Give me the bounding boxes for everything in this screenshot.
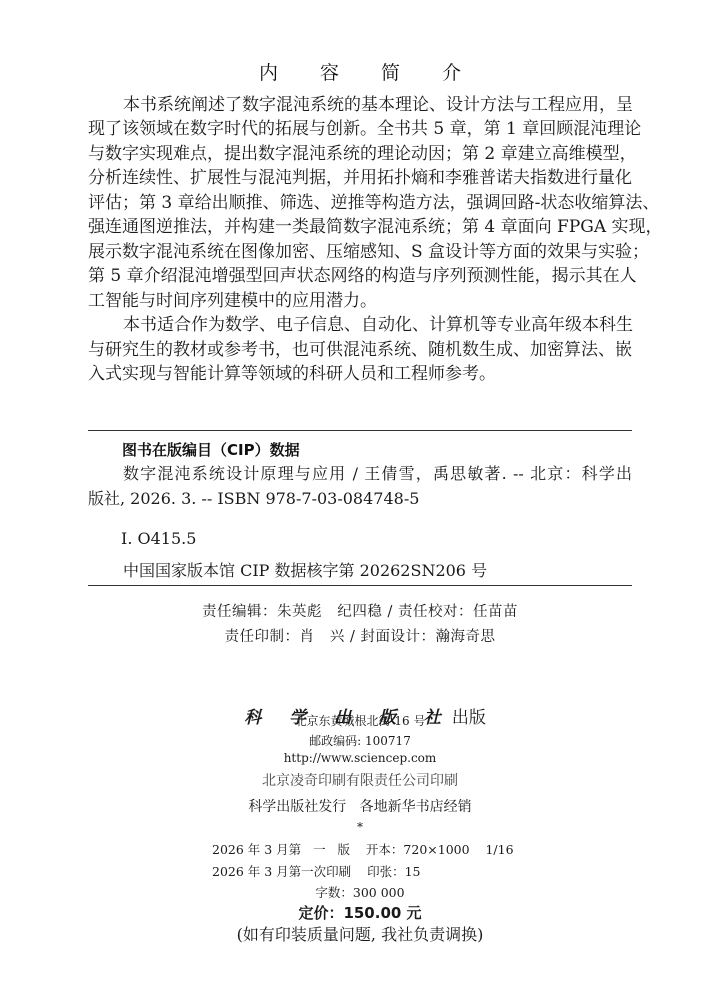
summary-line: 强连通图逆推法，并构建一类最简数字混沌系统；第 4 章面向 FPGA 实现， [88,216,632,238]
summary-line: 本书系统阐述了数字混沌系统的基本理论、设计方法与工程应用，呈 [123,94,632,116]
printer-info: 北京凌奇印刷有限责任公司印刷 [0,770,720,790]
cip-classification: Ⅰ. O415.5 [121,528,196,550]
printing-info: 2026 年 3 月第一次印刷 印张：15 [212,862,420,880]
publisher-website: http://www.sciencep.com [0,751,720,765]
summary-line: 入式实现与智能计算等领域的科研人员和工程师参考。 [88,363,632,385]
cip-bottom-rule [88,585,632,586]
quality-notice: (如有印装质量问题, 我社负责调换) [0,922,720,945]
page-title: 内 容 简 介 [0,58,720,85]
summary-line: 第 5 章介绍混沌增强型回声状态网络的构造与序列预测性能，揭示其在人 [88,265,632,287]
summary-line: 现了该领域在数字时代的拓展与创新。全书共 5 章，第 1 章回顾混沌理论 [88,118,632,140]
production-credits: 责任印制：肖 兴 / 封面设计：瀚海奇思 [0,625,720,646]
cip-record-line-1: 数字混沌系统设计原理与应用 / 王倩雪，禹思敏著. -- 北京：科学出 [123,463,632,485]
editor-credits: 责任编辑：朱英彪 纪四稳 / 责任校对：任苗苗 [0,600,720,621]
price: 定价：150.00 元 [0,902,720,923]
publisher-address: 北京东黄城根北街 16 号 [0,712,720,729]
cip-verification-number: 中国国家版本馆 CIP 数据核字第 20262SN206 号 [123,560,487,582]
summary-line: 本书适合作为数学、电子信息、自动化、计算机等专业高年级本科生 [123,314,632,336]
distribution-info: 科学出版社发行 各地新华书店经销 [0,796,720,816]
word-count: 字数：300 000 [0,883,720,901]
summary-line: 展示数字混沌系统在图像加密、压缩感知、S 盒设计等方面的效果与实验； [88,241,632,263]
summary-line: 工智能与时间序列建模中的应用潜力。 [88,290,632,312]
separator-asterisk: * [0,820,720,834]
summary-line: 评估；第 3 章给出顺推、筛选、逆推等构造方法，强调回路-状态收缩算法、 [88,192,632,214]
cip-heading: 图书在版编目（CIP）数据 [122,439,300,460]
publisher-postcode: 邮政编码: 100717 [0,732,720,749]
cip-top-rule [88,430,632,431]
cip-record-line-2: 版社, 2026. 3. -- ISBN 978-7-03-084748-5 [88,488,419,510]
summary-line: 分析连续性、扩展性与混沌判据，并用拓扑熵和李雅普诺夫指数进行量化 [88,167,632,189]
edition-info: 2026 年 3 月第 一 版 开本：720×1000 1/16 [212,840,514,858]
summary-line: 与研究生的教材或参考书，也可供混沌系统、随机数生成、加密算法、嵌 [88,339,632,361]
summary-line: 与数字实现难点，提出数字混沌系统的理论动因；第 2 章建立高维模型， [88,143,632,165]
